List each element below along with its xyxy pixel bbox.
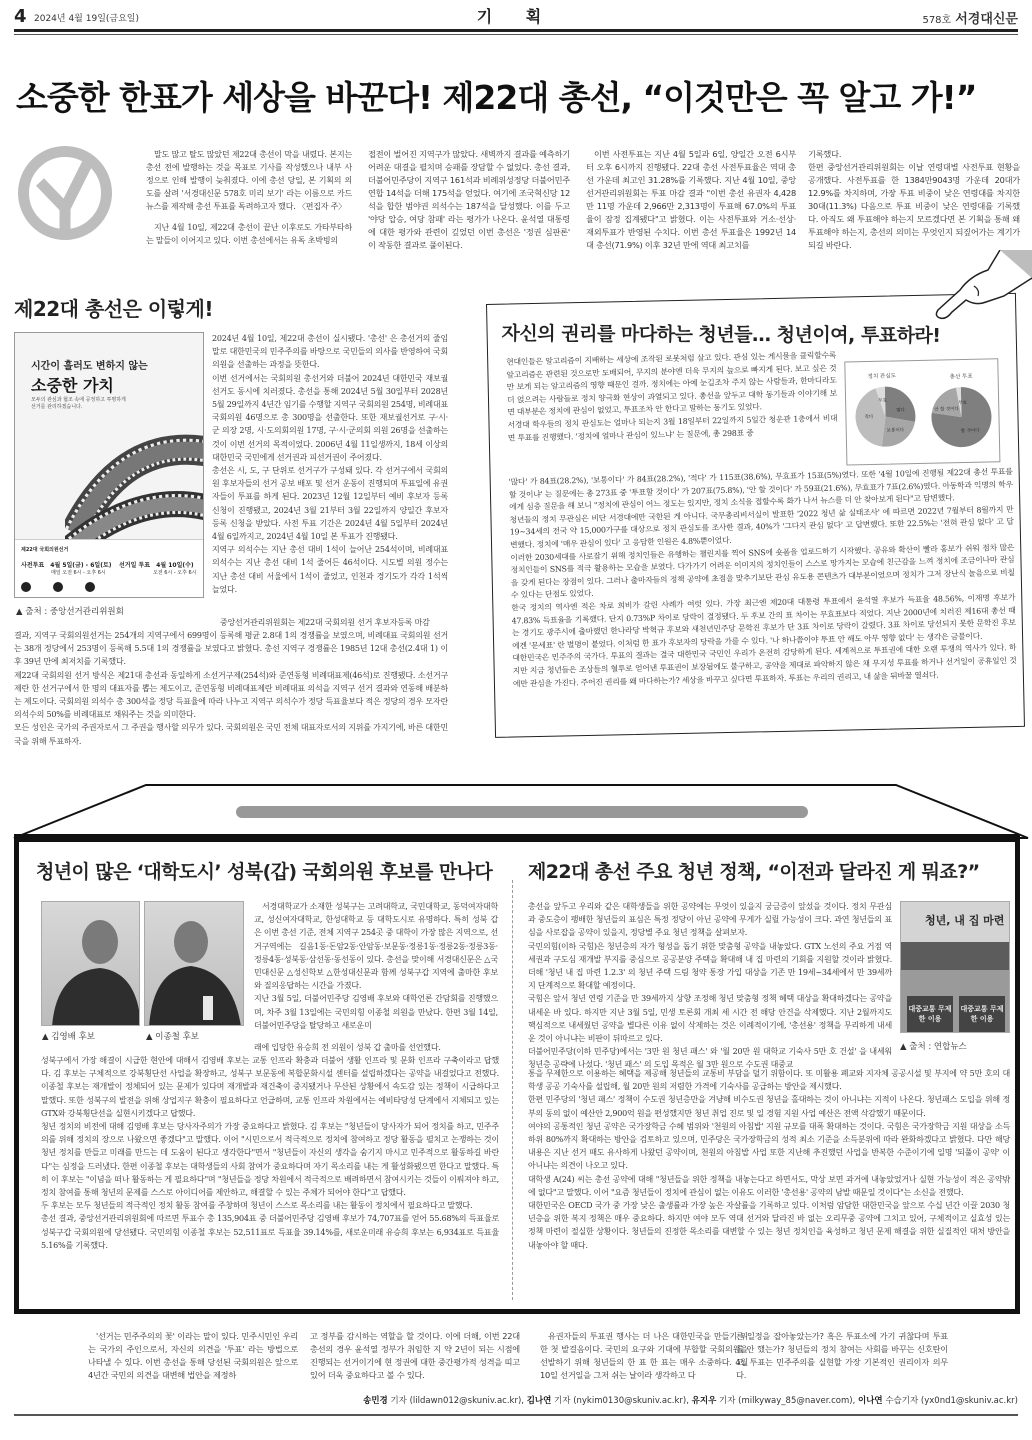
- candidate-photo-kim: [41, 901, 140, 1026]
- footer-rule: [14, 1414, 1018, 1416]
- section1-body-lead: 중앙선거관리위원회는 제22대 국회의원 선거 후보자등록 마감: [220, 616, 448, 629]
- section-label: 기 획: [0, 4, 1032, 27]
- pie1-label-many: 많다: [896, 407, 905, 413]
- section3-title: 청년이 많은 ‘대학도시’ 성북(갑) 국회의원 후보를 만나다: [36, 857, 492, 884]
- poster-election-label: 제22대 국회의원선거: [21, 546, 68, 553]
- intro-editor-note: 말도 많고 탈도 많았던 제22대 총선이 막을 내렸다. 본지는 총선 전에 …: [146, 148, 352, 247]
- pie2-label-invalid: 무효: [958, 400, 967, 406]
- editor-note-text: 말도 많고 탈도 많았던 제22대 총선이 막을 내렸다. 본지는 총선 전에 …: [146, 148, 352, 213]
- chart1-title: 정치 관심도: [868, 371, 896, 380]
- reporter-role: 기자: [554, 1396, 570, 1406]
- reporter-role: 기자: [390, 1396, 406, 1406]
- column-divider: [512, 880, 513, 1300]
- reporter-email: (yx0nd1@skuniv.ac.kr): [921, 1396, 1018, 1406]
- issue-number: 578호: [922, 15, 951, 26]
- photo-caption-kim: ▲ 김영배 후보: [42, 1030, 95, 1042]
- reporter-role: 기자: [719, 1396, 735, 1406]
- reporter-email: (nykim0130@skuniv.ac.kr): [573, 1396, 686, 1406]
- early-vote-label: 사전투표: [21, 562, 44, 569]
- reporter-role: 수습기자: [885, 1396, 918, 1406]
- reporter-name: 이나연: [858, 1396, 883, 1406]
- poster-election-day: 선거일 투표 4월 10일(수) 오전 6시 - 오후 6시: [119, 560, 197, 576]
- intro-lead-text: 지난 4월 10일, 제22대 총선이 끝난 이후로도 가타부타하는 말들이 이…: [146, 221, 352, 247]
- poster-caption: ▲ 출처 : 중앙선거관리위원회: [16, 605, 124, 617]
- photo-sign-right: 대중교통 무제한 이용: [959, 996, 1005, 1032]
- header-rule-thin: [14, 34, 1018, 35]
- pointing-hand-icon: [930, 250, 1032, 350]
- photo-sign-left: 대중교통 무제한 이용: [907, 996, 953, 1032]
- reporter-name: 유지우: [692, 1396, 717, 1406]
- pie1-label-few: 적다: [864, 414, 873, 420]
- pie1-label-normal: 보통이다: [887, 427, 905, 433]
- section3-body: 서경대학교가 소재한 성북구는 고려대학교, 국민대학교, 동덕여자대학교, 성…: [254, 900, 498, 1032]
- section2-title: 자신의 권리를 마다하는 청년들… 청년이여, 투표하라!: [502, 319, 941, 348]
- reporter-email: (milkyway_85@naver.com): [738, 1396, 852, 1406]
- policy-news-photo: 청년, 내 집 마련 대중교통 무제한 이용 대중교통 무제한 이용: [900, 901, 1010, 1033]
- policy-photo-caption: ▲ 출처 : 연합뉴스: [900, 1040, 967, 1052]
- section3-body-bottom: 성북구에서 가장 해결이 시급한 현안에 대해서 김영배 후보는 교통 인프라 …: [41, 1054, 499, 1252]
- pie-chart-vote: [930, 385, 993, 448]
- intro-col4: 기록했다. 한편 중앙선거관리위원회는 이날 연령대별 사전투표 현황을 공개했…: [808, 148, 1020, 252]
- masthead: 578호서경대신문: [922, 8, 1018, 27]
- early-vote-dates: 4월 5일(금) - 6일(토): [50, 562, 111, 569]
- section2-body-top: 현대인들은 알고리즘이 지배하는 세상에 조작된 로봇처럼 살고 있다. 관심 …: [506, 350, 838, 445]
- reporter-email: (lildawn012@skuniv.ac.kr): [410, 1396, 522, 1406]
- intro-col3: 이번 사전투표는 지난 4월 5일과 6일, 양일간 오전 6시부터 오후 6시…: [586, 148, 796, 252]
- section4-title: 제22대 총선 주요 청년 정책, “이전과 달라진 게 뭐죠?”: [528, 857, 980, 884]
- candidate-photo-lee: [144, 901, 244, 1026]
- section4-body-bottom: 통을 무제한으로 이용하는 혜택을 제공해 청년들의 교통비 부담을 덜기 위함…: [528, 1067, 1010, 1252]
- header-rule: [14, 29, 1018, 32]
- election-day-label: 선거일 투표: [119, 562, 150, 569]
- election-day-time: 오전 6시 - 오후 6시: [153, 570, 197, 576]
- youth-voting-article: 자신의 권리를 마다하는 청년들… 청년이여, 투표하라! 현대인들은 알고리즘…: [486, 293, 1025, 738]
- photo-banner-text: 청년, 내 집 마련: [925, 912, 1004, 928]
- reporter-name: 송민경: [363, 1396, 388, 1406]
- section3-body-lead: 래에 입당한 유승희 전 의원이 성북 갑 출마를 선언했다.: [254, 1041, 498, 1054]
- early-vote-time: 매일 오전 6시 - 오후 6시: [51, 570, 106, 576]
- poll-chart: 정치 관심도 총선 투표 많다 보통이다 적다 무효 할 것이다 안 할 것이다…: [844, 358, 1000, 465]
- section1-body-bottom: 결과, 지역구 국회의원선거는 254개의 지역구에서 699명이 등록해 평균…: [14, 629, 448, 748]
- ballot-box-lid: [0, 770, 1032, 840]
- pie1-label-invalid: 무효: [878, 398, 887, 404]
- closing-col2: 고 정부를 감시하는 역할을 할 것이다. 이에 더해, 이번 22대 총선의 …: [310, 1330, 520, 1382]
- pie2-label-no: 안 할 것이다: [934, 406, 959, 413]
- poster-headline-main: 소중한 가치: [31, 373, 114, 396]
- byline: 송민경 기자 (lildawn012@skuniv.ac.kr), 김나연 기자…: [363, 1394, 1018, 1406]
- section4-body-top: 총선을 앞두고 우리와 같은 대학생들을 위한 공약에는 무엇이 있을지 궁금증…: [528, 900, 892, 1072]
- pie2-label-yes: 할 것이다: [961, 428, 980, 434]
- closing-col1: '선거는 민주주의의 꽃' 이라는 말이 있다. 민주시민인 우리는 국가의 주…: [88, 1330, 298, 1382]
- election-day-date: 4월 10일(수): [156, 562, 194, 569]
- photo-caption-lee: ▲ 이종철 후보: [146, 1030, 199, 1042]
- poster-subtext: 모두의 관심과 협조 속에 공정하고 투명하게 선거를 관리하겠습니다.: [31, 397, 131, 411]
- reporter-name: 김나연: [527, 1396, 552, 1406]
- section2-body-main: '많다' 가 84표(28.2%), '보통이다' 가 84표(28.2%), …: [509, 466, 1017, 691]
- poster-early-vote: 사전투표 4월 5일(금) - 6일(토) 매일 오전 6시 - 오후 6시: [21, 560, 112, 576]
- poster-headline: 시간이 흘러도 변하지 않는: [31, 357, 148, 372]
- poster-contact-icons: [21, 582, 95, 592]
- page-title: 소중한 한표가 세상을 바꾼다! 제22대 총선, “이것만은 꼭 알고 가!”: [16, 72, 1020, 119]
- section1-body: 2024년 4월 10일, 제22대 총선이 실시됐다. '총선' 은 총선거의…: [212, 332, 448, 596]
- election-poster-image: 시간이 흘러도 변하지 않는 소중한 가치 모두의 관심과 협조 속에 공정하고…: [14, 332, 204, 598]
- closing-col3: 유권자들의 투표권 행사는 더 나은 대한민국을 만들기 위한 첫 발걸음이다.…: [540, 1330, 748, 1382]
- section1-title: 제22대 총선은 이렇게!: [14, 293, 213, 322]
- paper-name: 서경대신문: [955, 12, 1018, 27]
- intro-col2: 접전이 벌어진 지역구가 많았다. 새벽까지 결과를 예측하기 어려운 대결을 …: [368, 148, 570, 252]
- poster-schedule: 제22대 국회의원선거 사전투표 4월 5일(금) - 6일(토) 매일 오전 …: [15, 539, 204, 598]
- vote-stamp-check-icon: [18, 146, 112, 240]
- pie-chart-interest: [854, 385, 917, 448]
- chart2-title: 총선 투표: [950, 372, 973, 380]
- closing-col4: 른 일정을 잡아놓았는가? 혹은 투표소에 가기 귀찮다며 투표를 안 했는가?…: [736, 1330, 948, 1382]
